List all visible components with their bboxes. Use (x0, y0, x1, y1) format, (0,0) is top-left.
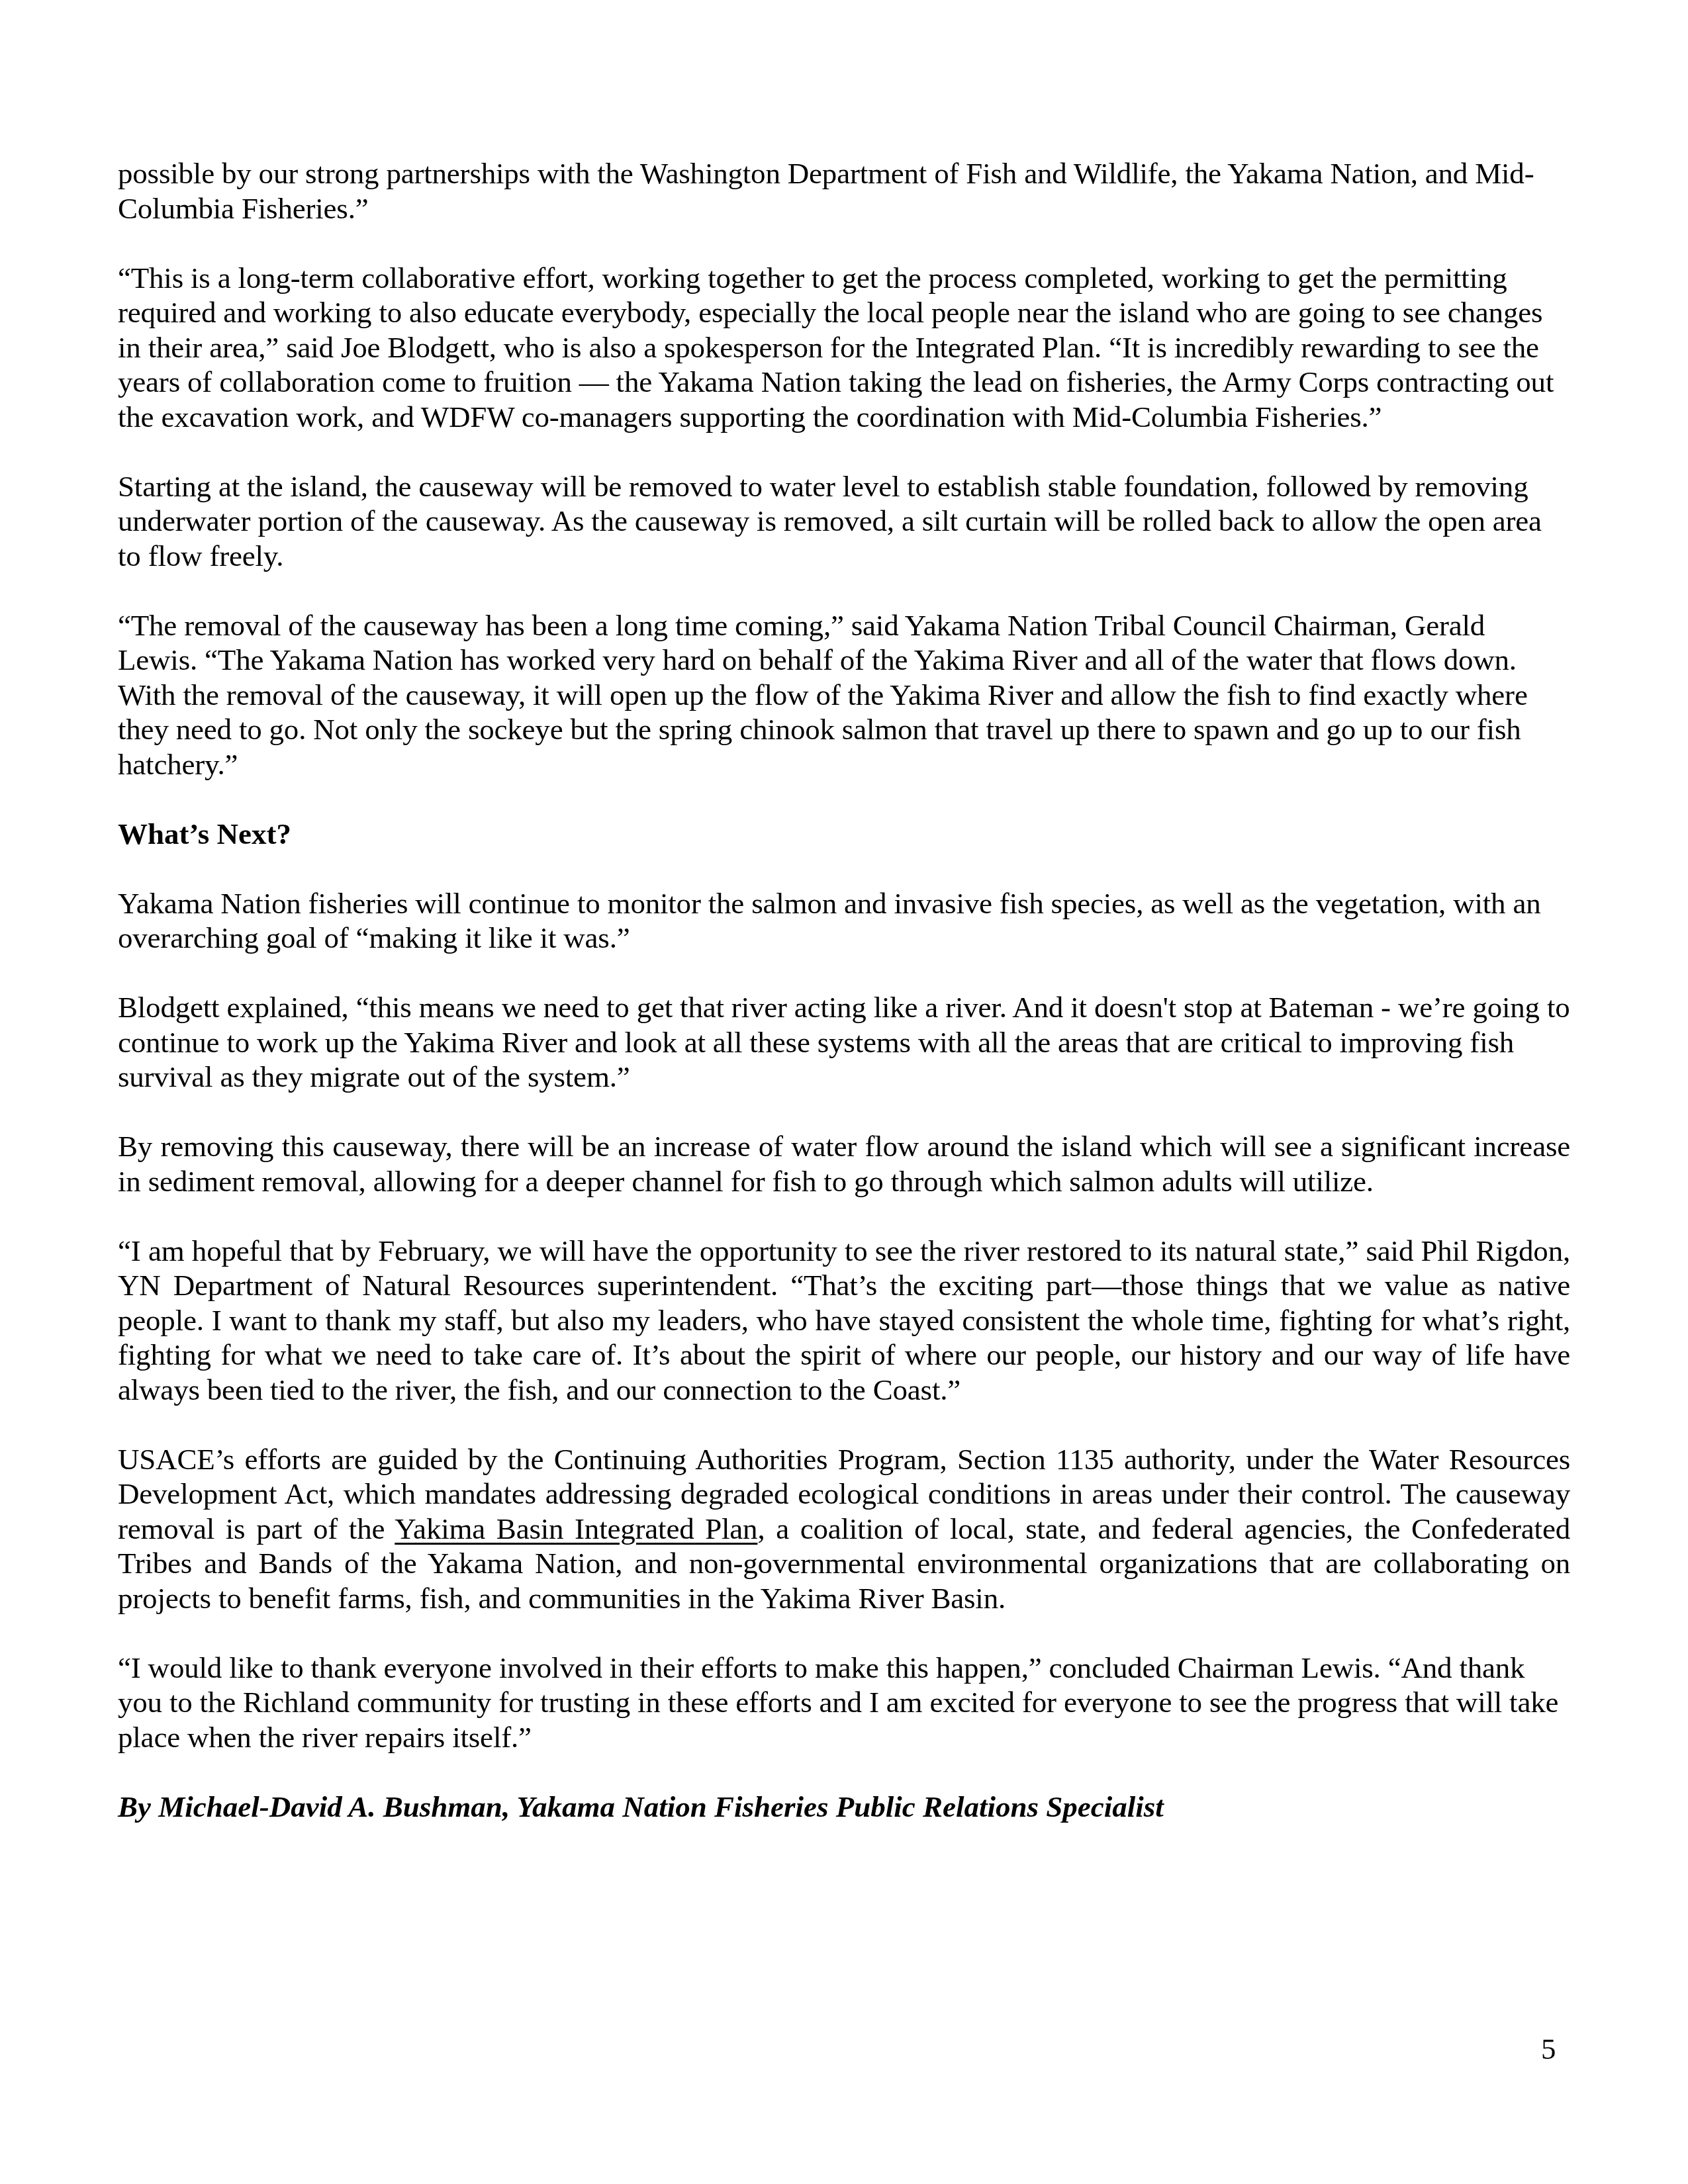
paragraph-blodgett-explained: Blodgett explained, “this means we need … (118, 990, 1570, 1095)
paragraph-monitoring: Yakama Nation fisheries will continue to… (118, 886, 1570, 956)
paragraph-usace-authority: USACE’s efforts are guided by the Contin… (118, 1442, 1570, 1616)
paragraph-water-flow: By removing this causeway, there will be… (118, 1129, 1570, 1199)
section-heading-whats-next: What’s Next? (118, 817, 1570, 852)
paragraph-causeway-removal-process: Starting at the island, the causeway wil… (118, 469, 1570, 574)
paragraph-blodgett-quote: “This is a long-term collaborative effor… (118, 261, 1570, 435)
paragraph-partnerships-closing: possible by our strong partnerships with… (118, 156, 1570, 226)
paragraph-lewis-quote: “The removal of the causeway has been a … (118, 608, 1570, 782)
document-page: possible by our strong partnerships with… (118, 156, 1570, 1824)
page-number: 5 (1541, 2032, 1556, 2067)
paragraph-lewis-conclusion: “I would like to thank everyone involved… (118, 1651, 1570, 1755)
author-byline: By Michael-David A. Bushman, Yakama Nati… (118, 1790, 1570, 1825)
yakima-basin-integrated-plan-link[interactable]: Yakima Basin Integrated Plan (395, 1512, 757, 1545)
paragraph-rigdon-quote: “I am hopeful that by February, we will … (118, 1234, 1570, 1408)
